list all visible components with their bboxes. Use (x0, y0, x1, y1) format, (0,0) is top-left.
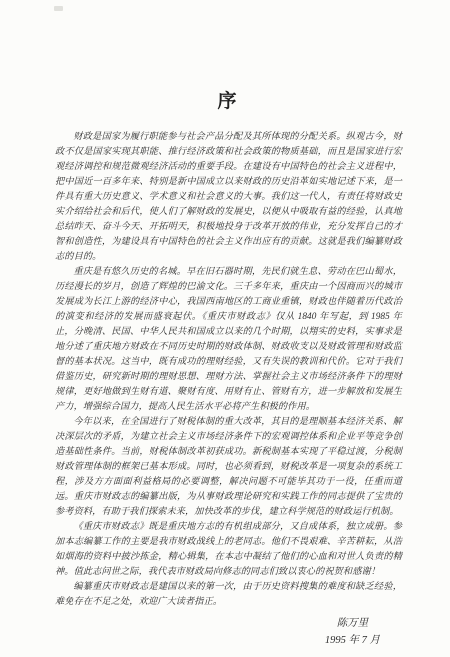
author-name: 陈万里 (337, 618, 369, 629)
scan-artifact (54, 6, 63, 11)
signature-inner: 陈万里 1995 年 7 月 (325, 615, 380, 649)
paragraph-4: 《重庆市财政志》既是重庆地方志的有机组成部分，又自成体系，独立成册。参加本志编纂… (55, 519, 402, 579)
preface-body: 财政是国家为履行职能参与社会产品分配及其所体现的分配关系。纵观古今，财政不仅是国… (55, 129, 402, 609)
signature-block: 陈万里 1995 年 7 月 (55, 615, 380, 649)
page-title: 序 (55, 86, 402, 113)
signature-date: 1995 年 7 月 (325, 635, 380, 646)
paragraph-1: 财政是国家为履行职能参与社会产品分配及其所体现的分配关系。纵观古今，财政不仅是国… (55, 129, 402, 264)
book-page: 序 财政是国家为履行职能参与社会产品分配及其所体现的分配关系。纵观古今，财政不仅… (0, 0, 450, 657)
paragraph-5: 编纂重庆市财政志是建国以来的第一次，由于历史资料搜集的难度和缺乏经验，难免存在不… (55, 579, 402, 609)
paragraph-3: 今年以来，在全国进行了财税体制的重大改革，其目的是理顺基本经济关系、解决深层次的… (55, 414, 402, 519)
paragraph-2: 重庆是有悠久历史的名城。早在旧石器时期，先民们就生息、劳动在巴山蜀水，历经漫长的… (55, 264, 402, 414)
